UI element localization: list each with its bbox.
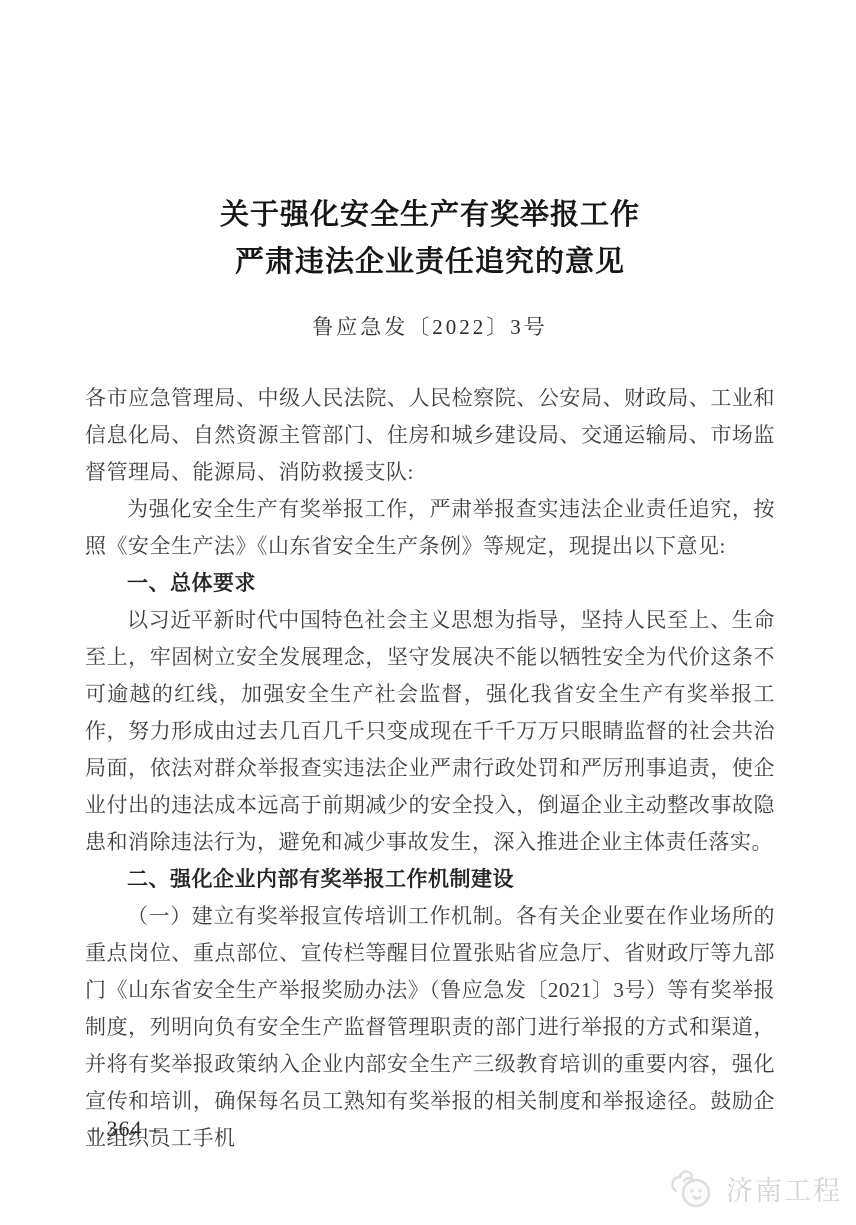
document-page: 关于强化安全生产有奖举报工作 严肃违法企业责任追究的意见 鲁应急发〔2022〕3… [0,0,856,1225]
document-title-line-2: 严肃违法企业责任追究的意见 [85,239,775,286]
section-2-heading: 二、强化企业内部有奖举报工作机制建设 [85,861,775,898]
jinan-gongcheng-logo-icon [666,1165,718,1211]
salutation-paragraph: 各市应急管理局、中级人民法院、人民检察院、公安局、财政局、工业和信息化局、自然资… [85,380,775,491]
document-number: 鲁应急发〔2022〕3号 [85,312,775,342]
section-1-paragraph: 以习近平新时代中国特色社会主义思想为指导，坚持人民至上、生命至上，牢固树立安全发… [85,602,775,861]
section-1-heading: 一、总体要求 [85,565,775,602]
document-title-line-1: 关于强化安全生产有奖举报工作 [85,192,775,239]
section-2-paragraph: （一）建立有奖举报宣传培训工作机制。各有关企业要在作业场所的重点岗位、重点部位、… [85,898,775,1157]
watermark-text: 济南工程 [726,1169,842,1208]
document-content: 关于强化安全生产有奖举报工作 严肃违法企业责任追究的意见 鲁应急发〔2022〕3… [0,0,856,1157]
intro-paragraph: 为强化安全生产有奖举报工作，严肃举报查实违法企业责任追究，按照《安全生产法》《山… [85,491,775,565]
page-number: – 364 – [88,1116,161,1142]
watermark: 济南工程 [666,1165,842,1211]
document-title: 关于强化安全生产有奖举报工作 严肃违法企业责任追究的意见 [85,192,775,286]
